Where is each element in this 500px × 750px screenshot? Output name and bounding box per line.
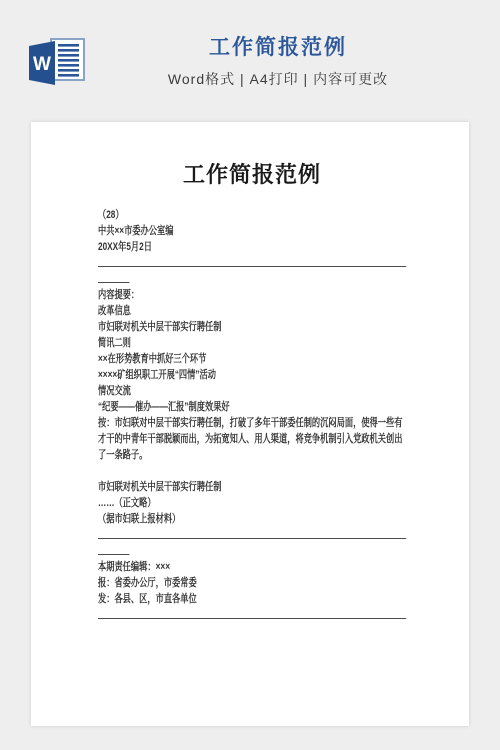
horizontal-rule	[98, 607, 406, 623]
document-line: 中共××市委办公室编	[98, 223, 406, 239]
document-line: 本期责任编辑：×××	[98, 559, 406, 575]
header-text: 工作简报范例 Word格式 | A4打印 | 内容可更改	[56, 0, 500, 89]
document-title: 工作简报范例	[98, 162, 406, 188]
document-line: 改革信息	[98, 303, 406, 319]
page-title: 工作简报范例	[56, 36, 500, 60]
horizontal-rule	[98, 255, 406, 271]
horizontal-rule	[98, 271, 406, 287]
header: W 工作简报范例 Word格式 | A4打印 | 内容可更改	[0, 0, 500, 122]
document-line: ××××矿组织职工开展“四情”活动	[98, 367, 406, 383]
document-line: 简讯二则	[98, 335, 406, 351]
blank-line	[98, 463, 406, 479]
document-line: 市妇联对机关中层干部实行聘任制	[98, 319, 406, 335]
document-line: （据市妇联上报材料）	[98, 511, 406, 527]
template-preview-screen: W 工作简报范例 Word格式 | A4打印 | 内容可更改 工作简报范例 （2…	[0, 0, 500, 750]
page-subtitle: Word格式 | A4打印 | 内容可更改	[56, 69, 500, 89]
document-line: 20XX年5月2日	[98, 239, 406, 255]
document-page: 工作简报范例 （28）中共××市委办公室编20XX年5月2日内容提要：改革信息市…	[31, 122, 469, 726]
document-line: 报：省委办公厅，市委常委	[98, 575, 406, 591]
document-line: （28）	[98, 207, 406, 223]
document-line: 发：各县、区，市直各单位	[98, 591, 406, 607]
document-line: 内容提要：	[98, 287, 406, 303]
word-icon-graphic: W	[28, 38, 86, 86]
document-line: 市妇联对机关中层干部实行聘任制	[98, 479, 406, 495]
word-icon: W	[28, 38, 86, 86]
document-line: ××在形势教育中抓好三个环节	[98, 351, 406, 367]
document-line: ……（正文略）	[98, 495, 406, 511]
document-line: “纪要——催办——汇报”制度效果好	[98, 399, 406, 415]
word-icon-letter: W	[33, 54, 51, 75]
document-line: 按：市妇联对中层干部实行聘任制，打破了多年干部委任制的沉闷局面，使得一些有才干的…	[98, 415, 406, 463]
document-line: 情况交流	[98, 383, 406, 399]
horizontal-rule	[98, 527, 406, 543]
document-body: （28）中共××市委办公室编20XX年5月2日内容提要：改革信息市妇联对机关中层…	[98, 207, 406, 623]
horizontal-rule	[98, 543, 406, 559]
